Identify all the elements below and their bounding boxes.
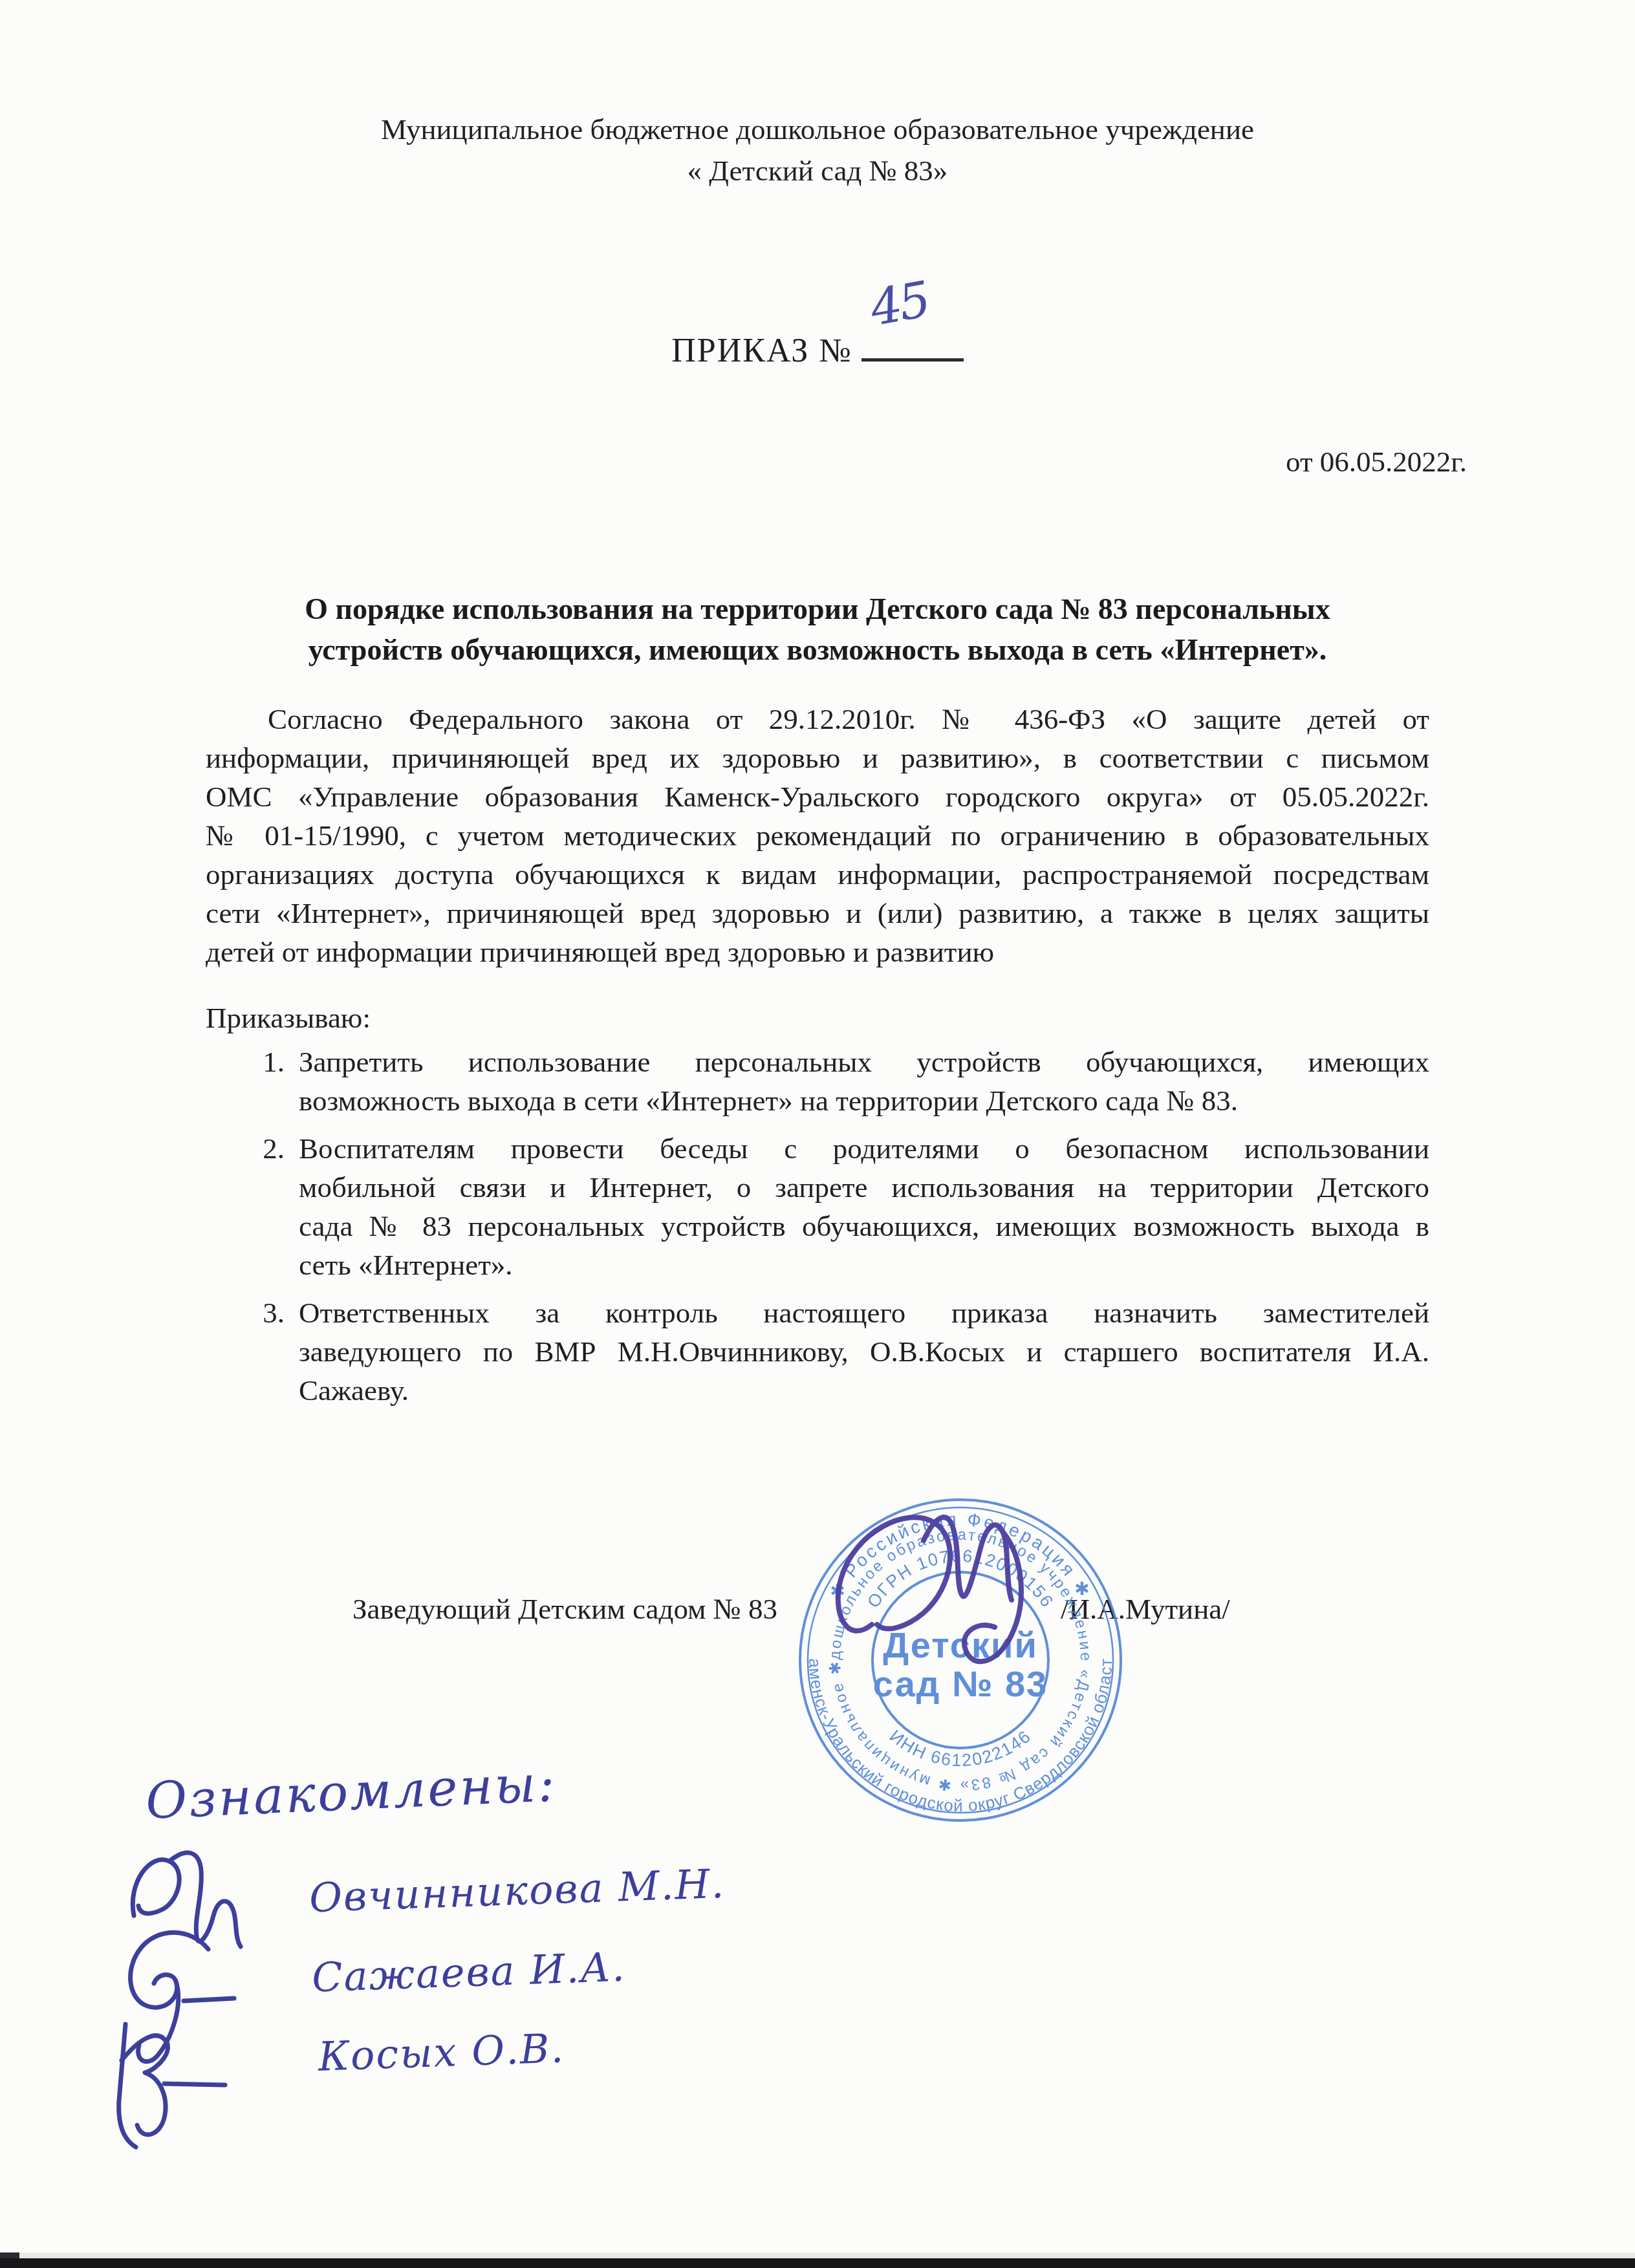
scan-edge-bar xyxy=(0,2258,1635,2268)
preamble-line: сети «Интернет», причиняющей вред здоров… xyxy=(206,894,1429,933)
preamble-line: детей от информации причиняющей вред здо… xyxy=(206,933,1429,971)
organization-header: Муниципальное бюджетное дошкольное образ… xyxy=(0,109,1635,191)
order-number-handwritten: 45 xyxy=(867,275,932,333)
order-subject-line2: устройств обучающихся, имеющих возможнос… xyxy=(206,629,1429,670)
scan-edge-band xyxy=(0,2252,1635,2258)
scan-edge-artifact xyxy=(0,2252,19,2258)
item-line: мобильной связи и Интернет, о запрете ис… xyxy=(299,1168,1429,1207)
item-line: Сажаеву. xyxy=(299,1371,1429,1410)
preamble-line: ОМС «Управление образования Каменск-Урал… xyxy=(206,777,1429,816)
item-number: 1. xyxy=(238,1042,285,1081)
directive-item: 1. Запретить использование персональных … xyxy=(299,1042,1429,1120)
item-number: 3. xyxy=(238,1293,285,1332)
director-signature-scribble xyxy=(827,1489,1046,1709)
item-number: 2. xyxy=(238,1129,285,1168)
scanned-order-document: Муниципальное бюджетное дошкольное образ… xyxy=(0,0,1635,2268)
acknowledgement-label: Ознакомлены: xyxy=(145,1758,558,1828)
preamble-line: информации, причиняющей вред их здоровью… xyxy=(206,739,1429,777)
acknowledgement-signature-scribble xyxy=(105,2003,292,2159)
acknowledgement-signature-name: Овчинникова М.Н. xyxy=(309,1863,726,1919)
organization-name-line1: Муниципальное бюджетное дошкольное образ… xyxy=(0,109,1635,150)
order-date: от 06.05.2022г. xyxy=(1286,445,1467,479)
item-line: Ответственных за контроль настоящего при… xyxy=(299,1293,1429,1332)
directive-item: 2. Воспитателям провести беседы с родите… xyxy=(299,1129,1429,1284)
item-line: Воспитателям провести беседы с родителям… xyxy=(299,1129,1429,1168)
directive-item: 3. Ответственных за контроль настоящего … xyxy=(299,1293,1429,1410)
preamble-line: № 01-15/1990, с учетом методических реко… xyxy=(206,816,1429,855)
acknowledgement-signature-name: Сажаева И.А. xyxy=(311,1947,627,1999)
item-line: сада № 83 персональных устройств обучающ… xyxy=(299,1207,1429,1246)
item-line: сеть «Интернет». xyxy=(299,1246,1429,1284)
order-subject-line1: О порядке использования на территории Де… xyxy=(206,589,1429,629)
item-line: возможность выхода в сети «Интернет» на … xyxy=(299,1081,1429,1120)
item-line: заведующего по ВМР М.Н.Овчинникову, О.В.… xyxy=(299,1332,1429,1371)
organization-name-line2: « Детский сад № 83» xyxy=(0,150,1635,191)
order-number-blank: 45 xyxy=(861,322,964,362)
signatory-position: Заведующий Детским садом № 83 xyxy=(352,1592,777,1626)
order-label: ПРИКАЗ № xyxy=(671,332,852,369)
order-subject: О порядке использования на территории Де… xyxy=(206,589,1429,670)
preamble-line: организациях доступа обучающихся к видам… xyxy=(206,855,1429,894)
acknowledgement-signature-name: Косых О.В. xyxy=(318,2027,565,2077)
order-heading: ПРИКАЗ №45 xyxy=(0,322,1635,370)
directive-list: 1. Запретить использование персональных … xyxy=(299,1042,1429,1419)
preamble-paragraph: Согласно Федерального закона от 29.12.20… xyxy=(206,700,1429,971)
preamble-line: Согласно Федерального закона от 29.12.20… xyxy=(206,700,1429,739)
item-line: Запретить использование персональных уст… xyxy=(299,1042,1429,1081)
directive-word: Приказываю: xyxy=(206,1001,371,1035)
